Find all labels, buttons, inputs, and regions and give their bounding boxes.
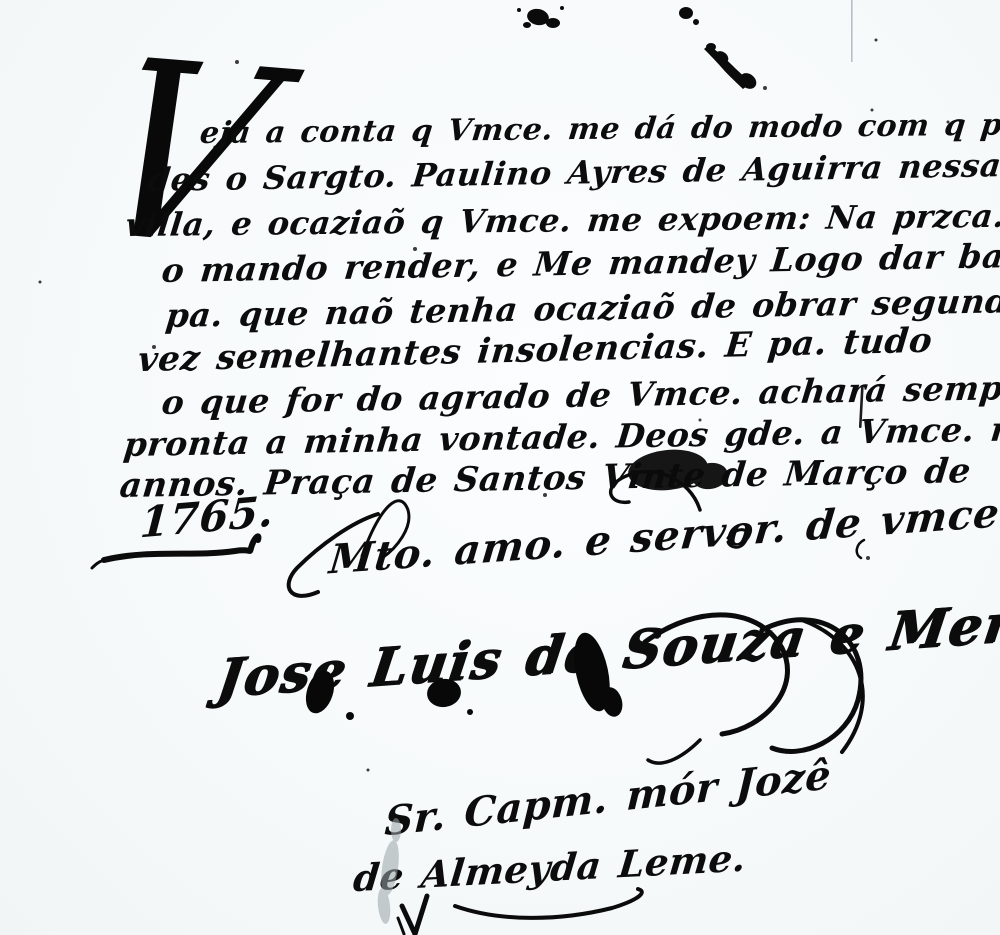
letter-line-3: villa, e ocaziaõ q Vmce. me expoem: Na p… [124,197,1000,244]
letter-line-1: eja a conta q Vmce. me dá do modo com q … [198,107,1000,152]
scan-edge-line [851,0,853,62]
address-line-2: de Almeyda Leme. [351,835,748,900]
bottom-edge-mark [398,896,427,934]
valediction-line: Mto. amo. e servor. de vmce. [327,488,1000,583]
address-line-1: Sr. Capm. mór Jozê [384,751,833,845]
top-ink-blots [517,6,759,92]
manuscript-scan: V eja a conta q Vmce. me dá do modo com … [0,0,1000,935]
letter-line-4: o mando render, e Me mandey Logo dar bai… [160,235,1000,290]
letter-line-2: des o Sargto. Paulino Ayres de Aguirra n… [146,146,1000,199]
date-line: 1765. [139,486,276,547]
signature-line: Jose Luis de Souza e Menezes [213,582,1000,709]
